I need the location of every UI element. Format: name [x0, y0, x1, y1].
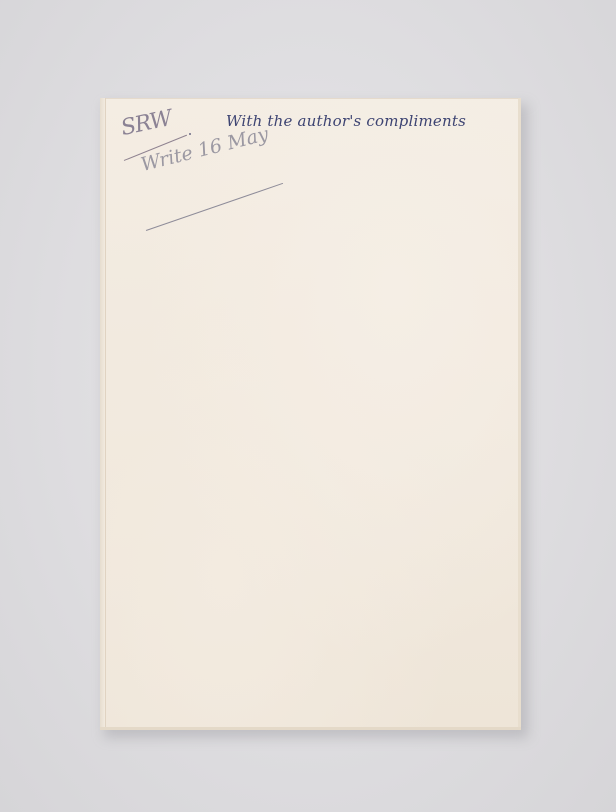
book-bottom-edge — [100, 727, 521, 730]
book-spine-edge — [100, 98, 106, 730]
book-fore-edge — [518, 98, 521, 730]
book-cover: SRW With the author's compliments Write … — [100, 98, 521, 730]
ink-dot — [189, 133, 191, 135]
handwritten-initials: SRW — [119, 106, 174, 141]
note-underline — [146, 183, 284, 231]
